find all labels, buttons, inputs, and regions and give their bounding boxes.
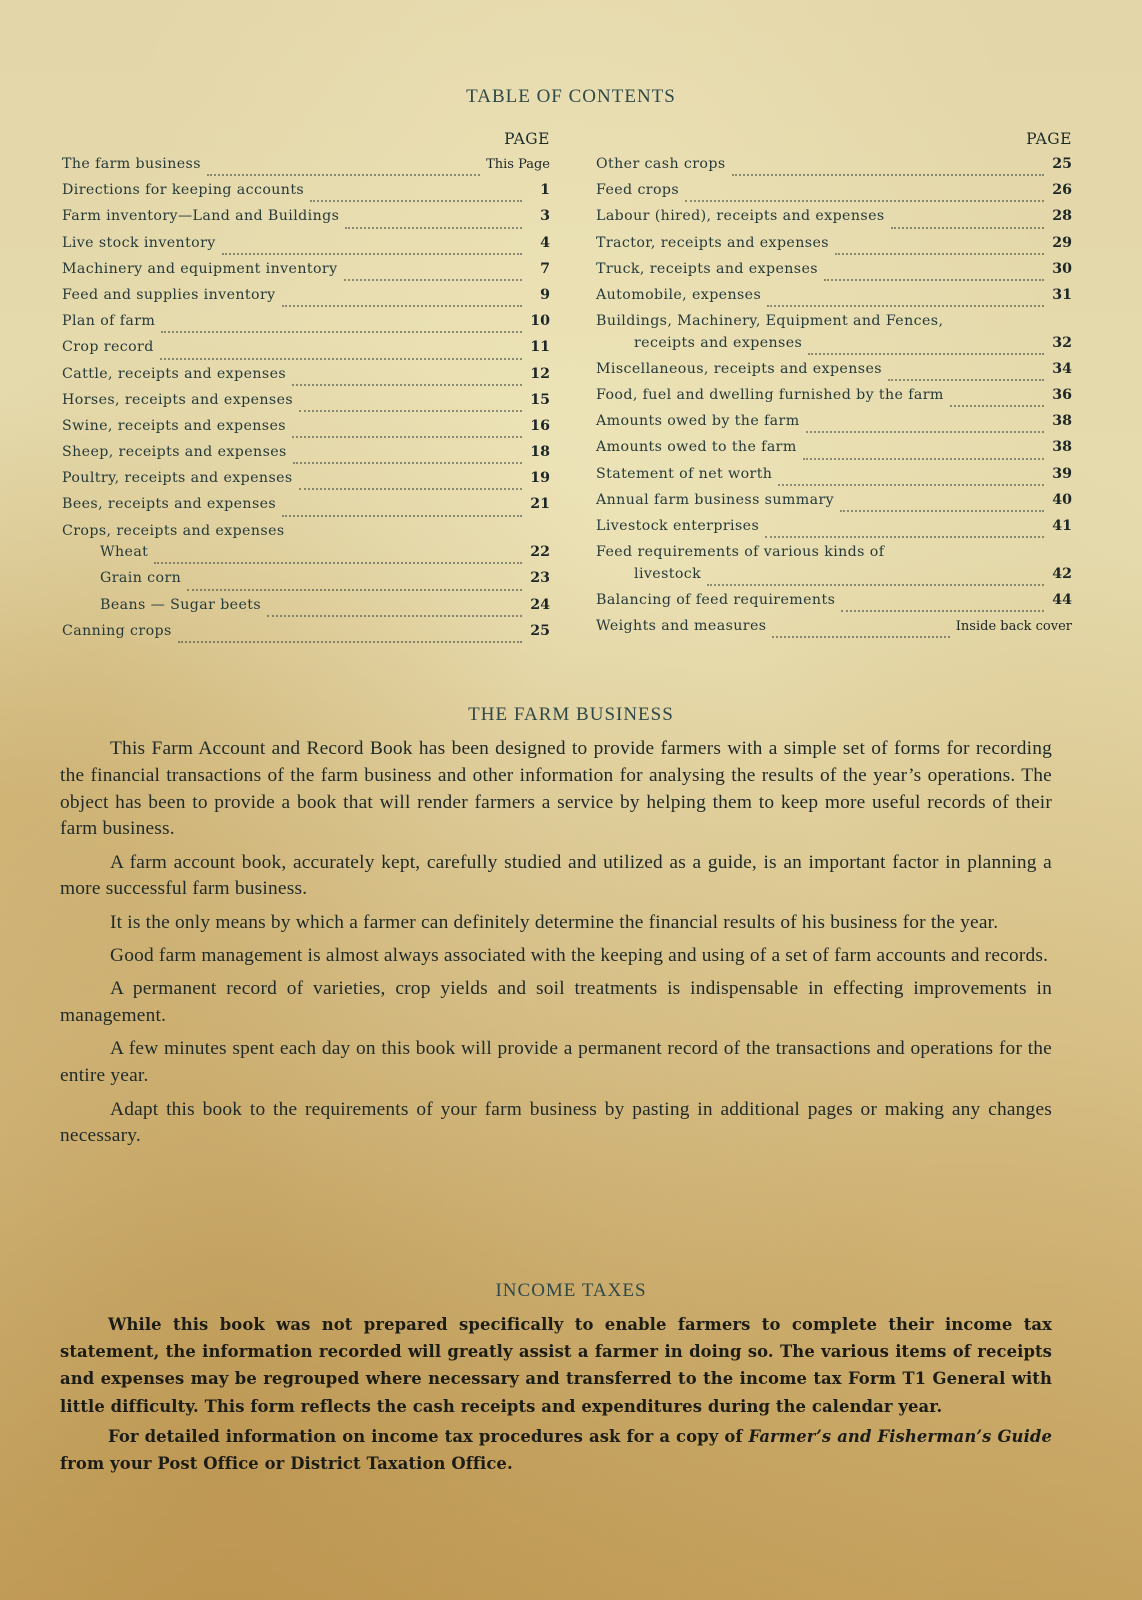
toc-entry: Cattle, receipts and expenses12 xyxy=(62,366,550,392)
leader-dots xyxy=(891,226,1044,229)
toc-entry: Bees, receipts and expenses21 xyxy=(62,496,550,522)
leader-dots xyxy=(207,173,480,176)
toc-entry-label: Truck, receipts and expenses xyxy=(596,261,818,277)
toc-entry-label: Feed and supplies inventory xyxy=(62,287,276,303)
toc-entry-page: 34 xyxy=(1050,361,1072,377)
toc-entry-label: Cattle, receipts and expenses xyxy=(62,366,286,382)
toc-entry: Feed and supplies inventory9 xyxy=(62,287,550,313)
leader-dots xyxy=(824,278,1044,281)
toc-entry-page: 25 xyxy=(528,623,550,639)
toc-entry: Horses, receipts and expenses15 xyxy=(62,392,550,418)
leader-dots xyxy=(835,252,1044,255)
toc-entry: Other cash crops25 xyxy=(596,156,1072,182)
toc-entry-page: 10 xyxy=(528,313,550,329)
leader-dots xyxy=(890,559,1044,560)
leader-dots xyxy=(767,304,1044,307)
toc-entry: Directions for keeping accounts1 xyxy=(62,182,550,208)
toc-entry-label: Livestock enterprises xyxy=(596,518,759,534)
toc-entry: Farm inventory—Land and Buildings3 xyxy=(62,208,550,234)
leader-dots xyxy=(282,304,522,307)
toc-entry: Tractor, receipts and expenses29 xyxy=(596,235,1072,261)
text-run: from your Post Office or District Taxati… xyxy=(60,1454,513,1473)
income-taxes-paragraph: For detailed information on income tax p… xyxy=(60,1423,1052,1477)
leader-dots xyxy=(299,487,522,490)
leader-dots xyxy=(178,640,522,643)
toc-entry: Sheep, receipts and expenses18 xyxy=(62,444,550,470)
toc-entry-page: 15 xyxy=(528,392,550,408)
toc-entry-label: Sheep, receipts and expenses xyxy=(62,444,287,460)
toc-entry: Amounts owed by the farm38 xyxy=(596,413,1072,439)
toc-entry-page: 3 xyxy=(528,208,550,224)
leader-dots xyxy=(161,330,522,333)
leader-dots xyxy=(685,199,1044,202)
toc-entry: The farm businessThis Page xyxy=(62,156,550,182)
toc-entry: livestock42 xyxy=(596,566,1072,592)
leader-dots xyxy=(310,199,522,202)
toc-entry: Canning crops25 xyxy=(62,623,550,649)
leader-dots xyxy=(707,583,1044,586)
toc-entry: Food, fuel and dwelling furnished by the… xyxy=(596,387,1072,413)
farm-business-paragraph: This Farm Account and Record Book has be… xyxy=(60,736,1052,843)
leader-dots xyxy=(282,514,522,517)
leader-dots xyxy=(778,483,1044,486)
toc-page-header: PAGE xyxy=(596,130,1072,156)
leader-dots xyxy=(732,173,1044,176)
toc-entry-page: 25 xyxy=(1050,156,1072,172)
toc-entry-label: Directions for keeping accounts xyxy=(62,182,304,198)
farm-business-paragraph: A farm account book, accurately kept, ca… xyxy=(60,850,1052,904)
toc-entry-page: 4 xyxy=(528,235,550,251)
toc-entry: Weights and measuresInside back cover xyxy=(596,618,1072,644)
toc-entry-label: Weights and measures xyxy=(596,618,766,634)
toc-entry-label: Beans — Sugar beets xyxy=(62,597,261,613)
leader-dots xyxy=(291,537,522,538)
leader-dots xyxy=(154,561,522,564)
toc-entry-label: Amounts owed by the farm xyxy=(596,413,800,429)
toc-entry-label: Crops, receipts and expenses xyxy=(62,523,285,539)
toc-entry-label: livestock xyxy=(596,566,701,582)
toc-entry-page: 26 xyxy=(1050,182,1072,198)
toc-entry-page: 44 xyxy=(1050,592,1072,608)
toc-entry-label: Balancing of feed requirements xyxy=(596,592,835,608)
toc-left-column: PAGE The farm businessThis PageDirection… xyxy=(62,130,550,649)
toc-entry-label: Buildings, Machinery, Equipment and Fenc… xyxy=(596,313,943,329)
toc-entry-page: Inside back cover xyxy=(956,619,1072,634)
toc-entry-page: 31 xyxy=(1050,287,1072,303)
toc-entry: Amounts owed to the farm38 xyxy=(596,439,1072,465)
toc-entry-label: Feed requirements of various kinds of xyxy=(596,544,884,560)
toc-entry-label: Other cash crops xyxy=(596,156,726,172)
leader-dots xyxy=(344,278,522,281)
toc-entry-label: Live stock inventory xyxy=(62,235,216,251)
toc-entry-label: Grain corn xyxy=(62,570,181,586)
toc-entry: Truck, receipts and expenses30 xyxy=(596,261,1072,287)
farm-business-paragraph: Adapt this book to the requirements of y… xyxy=(60,1097,1052,1151)
income-taxes-paragraph: While this book was not prepared specifi… xyxy=(60,1311,1052,1420)
leader-dots xyxy=(292,435,522,438)
toc-entry-page: 9 xyxy=(528,287,550,303)
toc-entry-label: Food, fuel and dwelling furnished by the… xyxy=(596,387,944,403)
toc-entry: Feed crops26 xyxy=(596,182,1072,208)
leader-dots xyxy=(808,352,1044,355)
toc-entry-page: 39 xyxy=(1050,466,1072,482)
farm-business-paragraph: Good farm management is almost always as… xyxy=(60,943,1052,970)
toc-entry-page: 1 xyxy=(528,182,550,198)
toc-entry: Miscellaneous, receipts and expenses34 xyxy=(596,361,1072,387)
leader-dots xyxy=(267,614,522,617)
leader-dots xyxy=(840,509,1044,512)
toc-entry-label: Machinery and equipment inventory xyxy=(62,261,338,277)
toc-entry-page: 11 xyxy=(528,339,550,355)
farm-business-body: This Farm Account and Record Book has be… xyxy=(60,736,1052,1157)
toc-entry: Swine, receipts and expenses16 xyxy=(62,418,550,444)
toc-entry: Beans — Sugar beets24 xyxy=(62,597,550,623)
leader-dots xyxy=(888,378,1044,381)
toc-entry-page: 38 xyxy=(1050,439,1072,455)
toc-entry-label: Annual farm business summary xyxy=(596,492,834,508)
toc-entry-page: 18 xyxy=(528,444,550,460)
toc-entry-label: Feed crops xyxy=(596,182,679,198)
toc-entry-page: 36 xyxy=(1050,387,1072,403)
toc-entry: Feed requirements of various kinds of xyxy=(596,544,1072,566)
toc-entry-label: Wheat xyxy=(62,544,148,560)
toc-entry-label: Amounts owed to the farm xyxy=(596,439,797,455)
toc-entry: Automobile, expenses31 xyxy=(596,287,1072,313)
toc-entry: Grain corn23 xyxy=(62,570,550,596)
toc-entry-label: Statement of net worth xyxy=(596,466,772,482)
toc-page-header: PAGE xyxy=(62,130,550,156)
document-page: TABLE OF CONTENTS PAGE The farm business… xyxy=(0,0,1142,1600)
leader-dots xyxy=(765,535,1044,538)
toc-entry-label: Tractor, receipts and expenses xyxy=(596,235,829,251)
toc-entry-label: Canning crops xyxy=(62,623,172,639)
toc-entry-page: 30 xyxy=(1050,261,1072,277)
toc-right-column: PAGE Other cash crops25Feed crops26Labou… xyxy=(596,130,1072,644)
toc-entry-page: 19 xyxy=(528,470,550,486)
leader-dots xyxy=(299,409,522,412)
leader-dots xyxy=(806,430,1044,433)
toc-entry: Buildings, Machinery, Equipment and Fenc… xyxy=(596,313,1072,335)
toc-entry: Live stock inventory4 xyxy=(62,235,550,261)
toc-entry-page: 42 xyxy=(1050,566,1072,582)
leader-dots xyxy=(292,383,522,386)
toc-entry-label: Horses, receipts and expenses xyxy=(62,392,293,408)
income-taxes-body: While this book was not prepared specifi… xyxy=(60,1311,1052,1480)
toc-entry-page: This Page xyxy=(486,157,550,172)
toc-entry: Statement of net worth39 xyxy=(596,466,1072,492)
toc-title: TABLE OF CONTENTS xyxy=(0,86,1142,108)
toc-entry-label: Labour (hired), receipts and expenses xyxy=(596,208,885,224)
income-taxes-title: INCOME TAXES xyxy=(0,1280,1142,1302)
toc-entry-page: 22 xyxy=(528,544,550,560)
toc-entry-page: 40 xyxy=(1050,492,1072,508)
leader-dots xyxy=(293,461,522,464)
farm-business-paragraph: A few minutes spent each day on this boo… xyxy=(60,1036,1052,1090)
toc-entry-page: 12 xyxy=(528,366,550,382)
toc-entry: Plan of farm10 xyxy=(62,313,550,339)
toc-entry-page: 23 xyxy=(528,570,550,586)
toc-entry-page: 32 xyxy=(1050,335,1072,351)
toc-entry: Crop record11 xyxy=(62,339,550,365)
toc-entry-page: 21 xyxy=(528,496,550,512)
leader-dots xyxy=(772,635,949,638)
leader-dots xyxy=(950,404,1044,407)
toc-entry-label: The farm business xyxy=(62,156,201,172)
toc-entry: Poultry, receipts and expenses19 xyxy=(62,470,550,496)
toc-entry: Annual farm business summary40 xyxy=(596,492,1072,518)
text-run: For detailed information on income tax p… xyxy=(108,1427,749,1446)
guide-title: Farmer’s and Fisherman’s Guide xyxy=(749,1427,1052,1446)
toc-entry-label: Miscellaneous, receipts and expenses xyxy=(596,361,882,377)
leader-dots xyxy=(949,328,1044,329)
toc-entry-label: Crop record xyxy=(62,339,154,355)
toc-entry-page: 41 xyxy=(1050,518,1072,534)
toc-entry-label: Bees, receipts and expenses xyxy=(62,496,276,512)
toc-entry-page: 16 xyxy=(528,418,550,434)
toc-entry: Machinery and equipment inventory7 xyxy=(62,261,550,287)
toc-entry: receipts and expenses32 xyxy=(596,335,1072,361)
leader-dots xyxy=(803,457,1044,460)
toc-entry-page: 24 xyxy=(528,597,550,613)
toc-entry-page: 7 xyxy=(528,261,550,277)
toc-entry-page: 38 xyxy=(1050,413,1072,429)
toc-entry: Labour (hired), receipts and expenses28 xyxy=(596,208,1072,234)
toc-entry: Crops, receipts and expenses xyxy=(62,523,550,545)
toc-entry-label: Farm inventory—Land and Buildings xyxy=(62,208,339,224)
toc-entry-label: Poultry, receipts and expenses xyxy=(62,470,293,486)
leader-dots xyxy=(160,357,522,360)
toc-entry: Wheat22 xyxy=(62,544,550,570)
toc-entry-label: Automobile, expenses xyxy=(596,287,761,303)
leader-dots xyxy=(222,252,522,255)
leader-dots xyxy=(187,588,522,591)
toc-entry: Livestock enterprises41 xyxy=(596,518,1072,544)
toc-entry-label: receipts and expenses xyxy=(596,335,802,351)
farm-business-paragraph: A permanent record of varieties, crop yi… xyxy=(60,976,1052,1030)
farm-business-paragraph: It is the only means by which a farmer c… xyxy=(60,910,1052,937)
toc-entry-page: 28 xyxy=(1050,208,1072,224)
leader-dots xyxy=(841,609,1044,612)
toc-entry-page: 29 xyxy=(1050,235,1072,251)
toc-entry-label: Plan of farm xyxy=(62,313,155,329)
farm-business-title: THE FARM BUSINESS xyxy=(0,704,1142,726)
toc-entry-label: Swine, receipts and expenses xyxy=(62,418,286,434)
leader-dots xyxy=(345,226,522,229)
toc-entry: Balancing of feed requirements44 xyxy=(596,592,1072,618)
